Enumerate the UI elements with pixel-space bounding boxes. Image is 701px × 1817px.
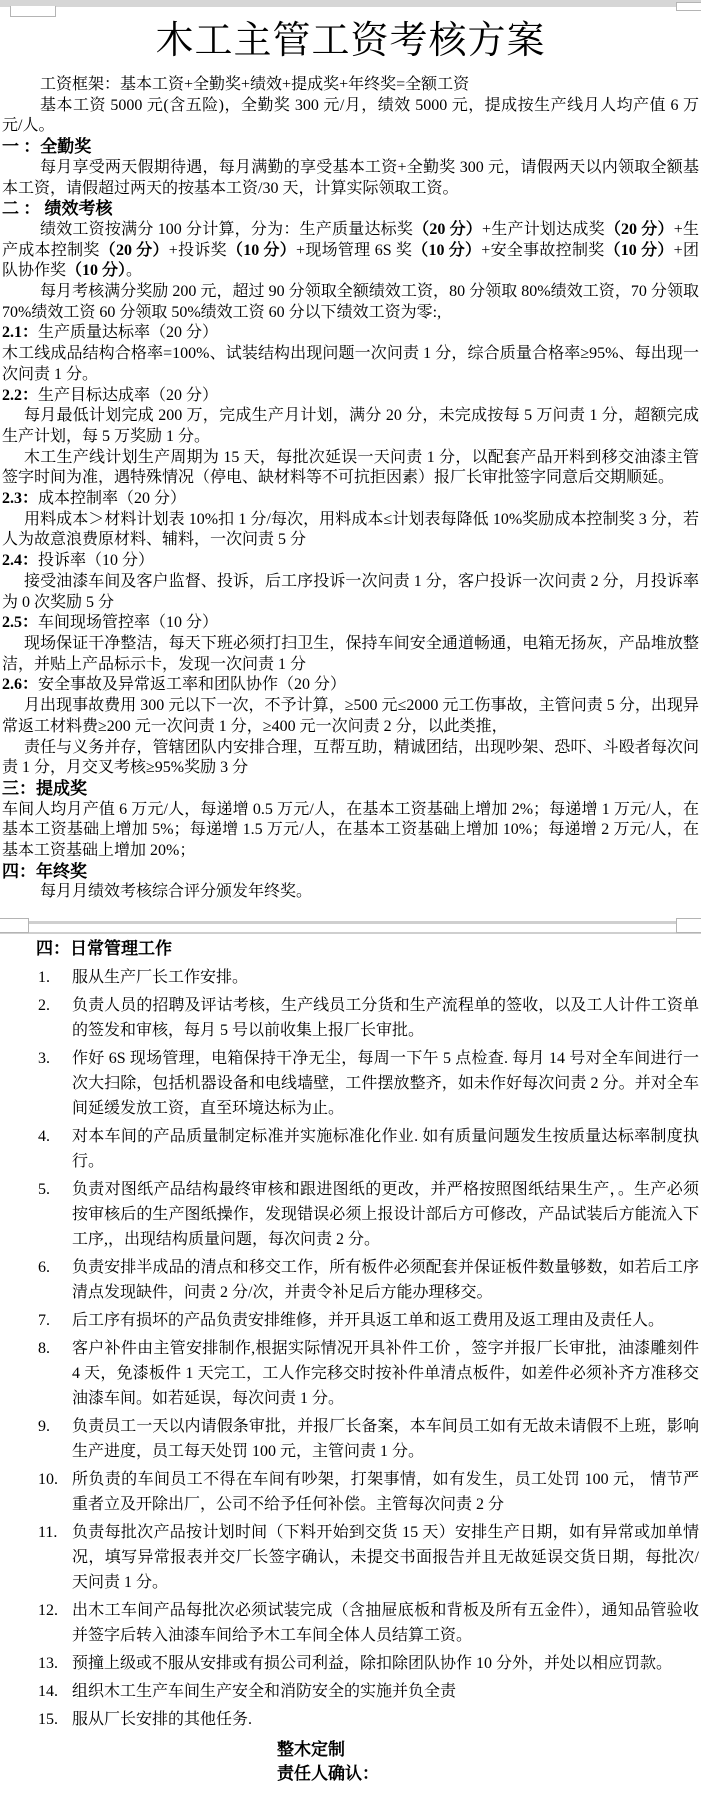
list-item-text: 出木工车间产品每批次必须试装完成（含抽屉底板和背板及所有五金件），通知品管验收并… xyxy=(72,1602,699,1644)
cost-control-paragraph: 用料成本＞材料计划表 10%扣 1 分/每次，用料成本≤计划表每降低 10%奖励… xyxy=(2,510,699,551)
list-item: 8.客户补件由主管安排制作,根据实际情况开具补件工价 ，签字并报厂长审批，油漆雕… xyxy=(2,1336,699,1411)
list-item-number: 1. xyxy=(38,965,50,990)
page-2: 四：日常管理工作 1.服从生产厂长工作安排。2.负责人员的招聘及评诂考核，生产线… xyxy=(2,936,699,1786)
list-item: 7.后工序有损坏的产品负责安排维修，并开具返工单和返工费用及返工理由及责任人。 xyxy=(2,1308,699,1333)
list-item: 12.出木工车间产品每批次必须试装完成（含抽屉底板和背板及所有五金件），通知品管… xyxy=(2,1598,699,1648)
list-item-text: 后工序有损坏的产品负责安排维修，并开具返工单和返工费用及返工理由及责任人。 xyxy=(72,1312,664,1329)
list-item: 3.作好 6S 现场管理，电箱保持干净无尘，每周一下午 5 点检查. 每月 14… xyxy=(2,1046,699,1121)
list-item-text: 预撞上级或不服从安排或有损公司利益，除扣除团队协作 10 分外，并处以相应罚款。 xyxy=(72,1655,672,1672)
list-item: 2.负责人员的招聘及评诂考核，生产线员工分货和生产流程单的签收，以及工人计件工资… xyxy=(2,993,699,1043)
list-item: 15.服从厂长安排的其他任务. xyxy=(2,1707,699,1732)
salary-framework-line: 工资框架：基本工资+全勤奖+绩效+提成奖+年终奖=全额工资 xyxy=(2,75,699,96)
quality-rate-paragraph: 木工线成品结构合格率=100%、试装结构出现问题一次问责 1 分，综合质量合格率… xyxy=(2,344,699,385)
footer-company-line: 整木定制 xyxy=(277,1738,699,1762)
subsection-heading-2-2: 2.2：生产目标达成率（20 分） xyxy=(2,386,699,407)
subsection-heading-2-3: 2.3：成本控制率（20 分） xyxy=(2,489,699,510)
section-heading-commission: 三：提成奖 xyxy=(2,779,699,800)
list-item-text: 负责安排半成品的清点和移交工作，所有板件必须配套并保证板件数量够数，如若后工序清… xyxy=(72,1259,699,1301)
list-item-number: 12. xyxy=(38,1598,58,1623)
list-item: 9.负责员工一天以内请假条审批，并报厂长备案，本车间员工如有无故未请假不上班，影… xyxy=(2,1414,699,1464)
subsection-heading-2-1: 2.1：生产质量达标率（20 分） xyxy=(2,323,699,344)
list-item-text: 所负责的车间员工不得在车间有吵架，打架事情，如有发生，员工处罚 100 元， 情… xyxy=(72,1471,699,1513)
list-item: 6.负责安排半成品的清点和移交工作，所有板件必须配套并保证板件数量够数，如若后工… xyxy=(2,1255,699,1305)
list-item-text: 服从生产厂长工作安排。 xyxy=(72,969,248,986)
list-item-number: 7. xyxy=(38,1308,50,1333)
list-item-text: 负责对图纸产品结构最终审核和跟进图纸的更改，并严格按照图纸结果生产，。生产必须按… xyxy=(72,1181,699,1248)
section-heading-attendance: 一 ：全勤奖 xyxy=(2,137,699,158)
list-item-number: 5. xyxy=(38,1177,50,1202)
list-item-number: 10. xyxy=(38,1467,58,1492)
list-item: 10.所负责的车间员工不得在车间有吵架，打架事情，如有发生，员工处罚 100 元… xyxy=(2,1467,699,1517)
list-item-text: 负责员工一天以内请假条审批，并报厂长备案，本车间员工如有无故未请假不上班，影响生… xyxy=(72,1418,699,1460)
list-item: 11.负责每批次产品按计划时间（下料开始到交货 15 天）安排生产日期，如有异常… xyxy=(2,1520,699,1595)
page-corner-marker-right xyxy=(676,2,701,11)
page-break-marker-right xyxy=(676,918,701,933)
list-item-number: 2. xyxy=(38,993,50,1018)
list-item-text: 作好 6S 现场管理，电箱保持干净无尘，每周一下午 5 点检查. 每月 14 号… xyxy=(72,1050,699,1117)
list-item-number: 3. xyxy=(38,1046,50,1071)
commission-paragraph: 车间人均月产值 6 万元/人，每递增 0.5 万元/人，在基本工资基础上增加 2… xyxy=(2,800,699,862)
page1-blocks: 工资框架：基本工资+全勤奖+绩效+提成奖+年终奖=全额工资基本工资 5000 元… xyxy=(2,75,699,903)
list-item-number: 8. xyxy=(38,1336,50,1361)
site-management-paragraph: 现场保证干净整洁，每天下班必须打扫卫生，保持车间安全通道畅通，电箱无扬灰，产品堆… xyxy=(2,634,699,675)
list-item-number: 15. xyxy=(38,1707,58,1732)
list-item-text: 组织木工生产车间生产安全和消防安全的实施并负全责 xyxy=(72,1683,456,1700)
section-heading-daily-management: 四：日常管理工作 xyxy=(36,936,699,961)
page-1: 木工主管工资考核方案 工资框架：基本工资+全勤奖+绩效+提成奖+年终奖=全额工资… xyxy=(2,12,699,903)
list-item: 4.对本车间的产品质量制定标准并实施标准化作业. 如有质量问题发生按质量达标率制… xyxy=(2,1124,699,1174)
list-item-text: 负责每批次产品按计划时间（下料开始到交货 15 天）安排生产日期，如有异常或加单… xyxy=(72,1524,699,1591)
page-break-divider xyxy=(0,921,701,934)
list-item-text: 负责人员的招聘及评诂考核，生产线员工分货和生产流程单的签收，以及工人计件工资单的… xyxy=(72,997,699,1039)
section-heading-performance: 二 ： 绩效考核 xyxy=(2,199,699,220)
list-item-text: 客户补件由主管安排制作,根据实际情况开具补件工价 ，签字并报厂长审批，油漆雕刻件… xyxy=(72,1340,699,1407)
performance-composition-paragraph: 绩效工资按满分 100 分计算，分为：生产质量达标奖（20 分）+生产计划达成奖… xyxy=(2,220,699,282)
list-item-text: 服从厂长安排的其他任务. xyxy=(72,1711,252,1728)
subsection-heading-2-4: 2.4：投诉率（10 分） xyxy=(2,551,699,572)
list-item: 13.预撞上级或不服从安排或有损公司利益，除扣除团队协作 10 分外，并处以相应… xyxy=(2,1651,699,1676)
annual-bonus-paragraph: 每月月绩效考核综合评分颁发年终奖。 xyxy=(2,882,699,903)
list-item-text: 对本车间的产品质量制定标准并实施标准化作业. 如有质量问题发生按质量达标率制度执… xyxy=(72,1128,699,1170)
list-item-number: 14. xyxy=(38,1679,58,1704)
page-top-edge xyxy=(0,0,701,7)
page2-list: 1.服从生产厂长工作安排。2.负责人员的招聘及评诂考核，生产线员工分货和生产流程… xyxy=(2,965,699,1732)
footer-confirm-line: 责任人确认： xyxy=(277,1762,699,1786)
list-item-number: 11. xyxy=(38,1520,57,1545)
team-cooperation-paragraph: 责任与义务并存，管辖团队内安排合理，互帮互助，精诚团结，出现吵架、恐吓、斗殴者每… xyxy=(2,738,699,779)
complaint-rate-paragraph: 接受油漆车间及客户监督、投诉，后工序投诉一次问责 1 分，客户投诉一次问责 2 … xyxy=(2,572,699,613)
subsection-heading-2-5: 2.5：车间现场管控率（10 分） xyxy=(2,613,699,634)
list-item-number: 6. xyxy=(38,1255,50,1280)
list-item-number: 4. xyxy=(38,1124,50,1149)
list-item: 5.负责对图纸产品结构最终审核和跟进图纸的更改，并严格按照图纸结果生产，。生产必… xyxy=(2,1177,699,1252)
production-target-paragraph-1: 每月最低计划完成 200 万，完成生产月计划，满分 20 分，未完成按每 5 万… xyxy=(2,406,699,447)
production-target-paragraph-2: 木工生产线计划生产周期为 15 天，每批次延误一天问责 1 分，以配套产品开料到… xyxy=(2,448,699,489)
safety-accident-paragraph: 月出现事故费用 300 元以下一次，不予计算，≥500 元≤2000 元工伤事故… xyxy=(2,696,699,737)
base-salary-line: 基本工资 5000 元(含五险)，全勤奖 300 元/月，绩效 5000 元，提… xyxy=(2,96,699,137)
list-item: 1.服从生产厂长工作安排。 xyxy=(2,965,699,990)
document-title: 木工主管工资考核方案 xyxy=(2,18,699,64)
document-footer: 整木定制 责任人确认： xyxy=(277,1738,699,1786)
performance-pay-scale-paragraph: 每月考核满分奖励 200 元，超过 90 分领取全额绩效工资，80 分领取 80… xyxy=(2,282,699,323)
list-item: 14.组织木工生产车间生产安全和消防安全的实施并负全责 xyxy=(2,1679,699,1704)
page-break-marker-left xyxy=(0,918,29,933)
document-window: { "colors": { "page_bg": "#ffffff", "chr… xyxy=(0,0,701,1817)
subsection-heading-2-6: 2.6：安全事故及异常返工率和团队协作（20 分） xyxy=(2,675,699,696)
list-item-number: 13. xyxy=(38,1651,58,1676)
attendance-paragraph: 每月享受两天假期待遇，每月满勤的享受基本工资+全勤奖 300 元，请假两天以内领… xyxy=(2,158,699,199)
section-heading-annual-bonus: 四：年终奖 xyxy=(2,862,699,883)
list-item-number: 9. xyxy=(38,1414,50,1439)
